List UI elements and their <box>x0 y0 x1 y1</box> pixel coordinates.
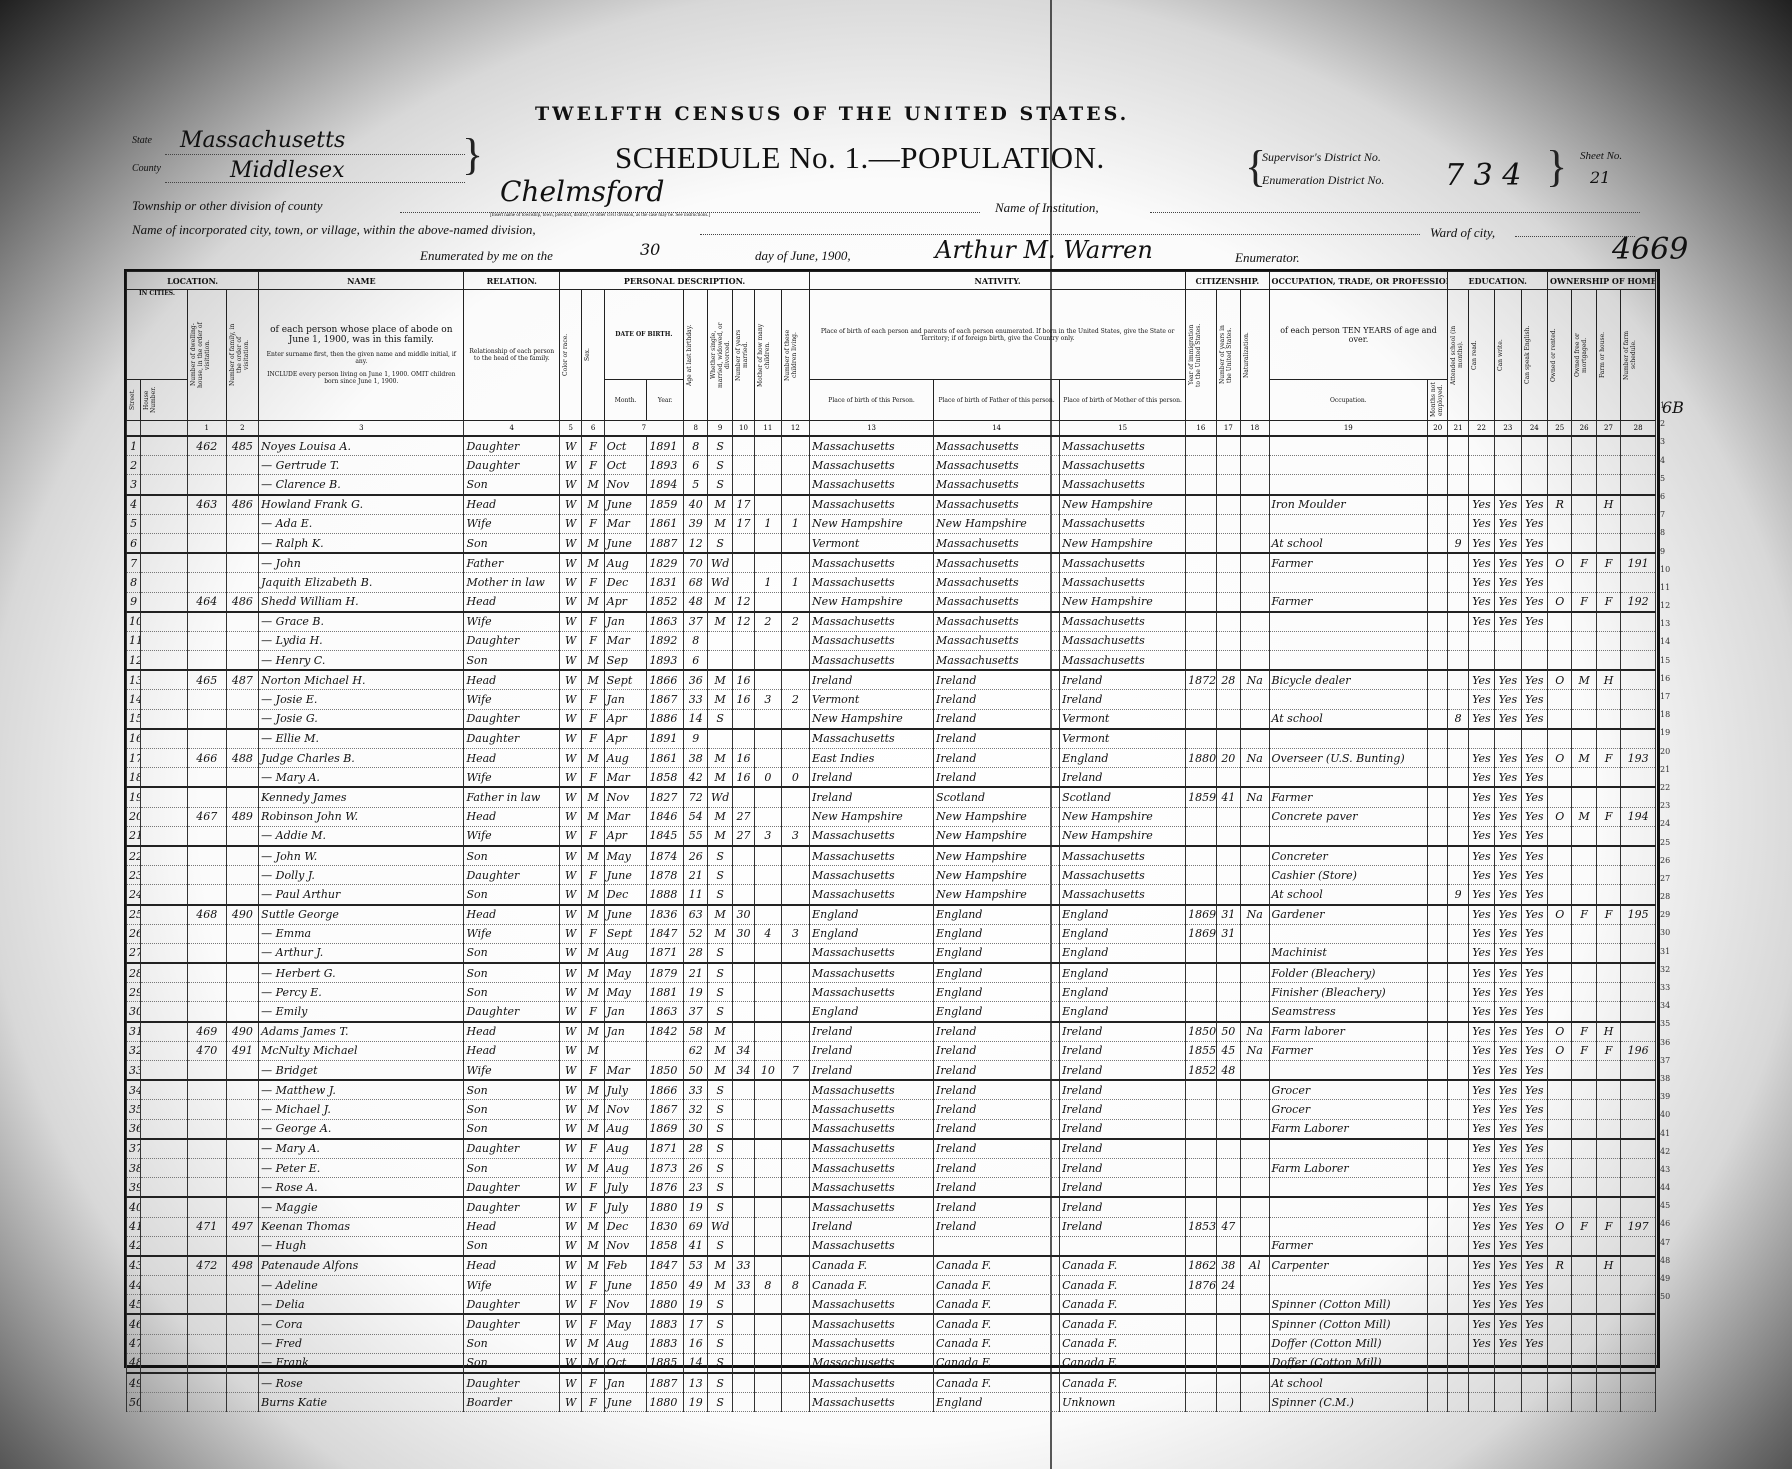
can-read: Yes <box>1468 1295 1494 1315</box>
can-write <box>1495 456 1521 475</box>
can-speak-english: Yes <box>1521 963 1547 983</box>
marital-status: M <box>708 768 732 788</box>
ed-value: 7 3 4 <box>1445 158 1521 193</box>
months-unemployed <box>1428 592 1448 612</box>
relation: Son <box>464 963 560 983</box>
can-read: Yes <box>1468 983 1494 1002</box>
line-number: 1 <box>127 436 141 456</box>
occupation <box>1269 1276 1428 1295</box>
naturalization <box>1241 1334 1269 1353</box>
birthplace-person: Massachusetts <box>810 475 934 495</box>
can-speak-english: Yes <box>1521 1197 1547 1217</box>
can-read: Yes <box>1468 495 1494 515</box>
birthplace-father: Massachusetts <box>934 573 1060 592</box>
farm-house <box>1596 690 1620 709</box>
right-line-number: 45 <box>1660 1197 1670 1215</box>
free-mortgaged: F <box>1572 592 1596 612</box>
line-number: 46 <box>127 1314 141 1334</box>
relation: Wife <box>464 1061 560 1081</box>
birth-year: 1893 <box>647 456 684 475</box>
can-write <box>1495 475 1521 495</box>
children-living <box>781 1393 809 1412</box>
birthplace-mother: Massachusetts <box>1060 885 1186 905</box>
years-married <box>732 709 754 729</box>
can-read <box>1468 631 1494 650</box>
table-row: 9464486Shedd William H.HeadWMApr185248M1… <box>127 592 1656 612</box>
line-numbers-right: 1234567891011121314151617181920212223242… <box>1660 397 1670 1306</box>
dwelling-number <box>187 1139 226 1159</box>
birth-year: 1871 <box>647 1139 684 1159</box>
color: W <box>560 436 582 456</box>
children-living <box>781 749 809 768</box>
person-name: — Addie M. <box>259 826 464 846</box>
birthplace-father: England <box>934 943 1060 963</box>
school-months <box>1448 1100 1468 1119</box>
birth-year: 1883 <box>647 1314 684 1334</box>
institution-label: Name of Institution, <box>995 200 1099 216</box>
color: W <box>560 1080 582 1100</box>
street <box>141 573 188 592</box>
immigration-header: Year of immigration to the United States… <box>1188 322 1202 388</box>
farm-schedule-header: Number of farm schedule. <box>1623 322 1637 388</box>
marital-status: M <box>708 826 732 846</box>
person-name: — Ada E. <box>259 514 464 533</box>
person-name: — Maggie <box>259 1197 464 1217</box>
months-unemployed <box>1428 631 1448 650</box>
children-living <box>781 846 809 866</box>
can-write: Yes <box>1495 709 1521 729</box>
can-write: Yes <box>1495 1061 1521 1081</box>
marital-status: S <box>708 1295 732 1315</box>
birthplace-person: Massachusetts <box>810 436 934 456</box>
birth-year: 1888 <box>647 885 684 905</box>
years-married: 17 <box>732 514 754 533</box>
township-label: Township or other division of county <box>132 198 323 214</box>
children-living <box>781 787 809 807</box>
naturalization <box>1241 592 1269 612</box>
farm-house <box>1596 768 1620 788</box>
age: 50 <box>684 1061 708 1081</box>
immigration-year <box>1186 1080 1216 1100</box>
birthplace-father: Ireland <box>934 1100 1060 1119</box>
right-line-number: 32 <box>1660 961 1670 979</box>
birth-month: June <box>604 905 647 925</box>
birth-month: Nov <box>604 1236 647 1256</box>
county-line <box>165 182 465 183</box>
table-row: 18— Mary A.WifeWFMar185842M1600IrelandIr… <box>127 768 1656 788</box>
can-read: Yes <box>1468 807 1494 826</box>
family-number <box>226 475 259 495</box>
can-speak-english <box>1521 1393 1547 1412</box>
children-living: 0 <box>781 768 809 788</box>
age: 39 <box>684 514 708 533</box>
birthplace-person: Massachusetts <box>810 1119 934 1139</box>
age: 54 <box>684 807 708 826</box>
dwelling-number <box>187 846 226 866</box>
immigration-year <box>1186 1100 1216 1119</box>
children-living: 7 <box>781 1061 809 1081</box>
free-mortgaged: F <box>1572 1041 1596 1060</box>
occupation: Cashier (Store) <box>1269 866 1428 885</box>
can-read: Yes <box>1468 1022 1494 1042</box>
school-months <box>1448 1353 1468 1373</box>
line-number: 10 <box>127 612 141 632</box>
mother-of <box>755 963 781 983</box>
dwelling-number: 468 <box>187 905 226 925</box>
immigration-year <box>1186 983 1216 1002</box>
farm-house <box>1596 533 1620 553</box>
birthplace-person: New Hampshire <box>810 592 934 612</box>
table-row: 30— EmilyDaughterWFJan186337SEnglandEngl… <box>127 1002 1656 1022</box>
can-write <box>1495 1393 1521 1412</box>
farm-house <box>1596 1061 1620 1081</box>
farm-house <box>1596 787 1620 807</box>
birth-year: 1867 <box>647 1100 684 1119</box>
farm-house: F <box>1596 749 1620 768</box>
can-write: Yes <box>1495 826 1521 846</box>
relation: Wife <box>464 924 560 943</box>
birthplace-father: Scotland <box>934 787 1060 807</box>
school-months <box>1448 573 1468 592</box>
years-in-us <box>1216 651 1240 671</box>
table-row: 15— Josie G.DaughterWFApr188614SNew Hamp… <box>127 709 1656 729</box>
birthplace-person: Massachusetts <box>810 983 934 1002</box>
table-row: 42— HughSonWMNov185841SMassachusettsFarm… <box>127 1236 1656 1256</box>
birthplace-mother: England <box>1060 749 1186 768</box>
naturalization <box>1241 1276 1269 1295</box>
years-married <box>732 1139 754 1159</box>
owned-rented <box>1548 983 1572 1002</box>
birthplace-mother: Massachusetts <box>1060 456 1186 475</box>
relation: Boarder <box>464 1393 560 1412</box>
birthplace-father: Canada F. <box>934 1295 1060 1315</box>
dwelling-number <box>187 612 226 632</box>
line-number: 3 <box>127 475 141 495</box>
street <box>141 1373 188 1393</box>
owned-rented <box>1548 475 1572 495</box>
sex: F <box>582 826 604 846</box>
birth-year: 1861 <box>647 514 684 533</box>
birthplace-mother: Canada F. <box>1060 1373 1186 1393</box>
school-months <box>1448 1158 1468 1177</box>
farm-house <box>1596 729 1620 749</box>
owned-rented: R <box>1548 495 1572 515</box>
school-months <box>1448 729 1468 749</box>
name-header: NAME <box>259 272 464 290</box>
family-number <box>226 1373 259 1393</box>
children-living <box>781 983 809 1002</box>
color: W <box>560 1197 582 1217</box>
relation: Wife <box>464 612 560 632</box>
person-name: — George A. <box>259 1119 464 1139</box>
free-mortgaged <box>1572 885 1596 905</box>
sex: M <box>582 553 604 573</box>
table-row: 8Jaquith Elizabeth B.Mother in lawWFDec1… <box>127 573 1656 592</box>
sex: M <box>582 1080 604 1100</box>
line-number: 26 <box>127 924 141 943</box>
children-living <box>781 1353 809 1373</box>
children-living: 1 <box>781 573 809 592</box>
sex: M <box>582 651 604 671</box>
birthplace-person: Massachusetts <box>810 866 934 885</box>
family-number <box>226 456 259 475</box>
birthplace-mother: England <box>1060 983 1186 1002</box>
street <box>141 943 188 963</box>
occupation: Farmer <box>1269 787 1428 807</box>
right-line-number: 11 <box>1660 579 1670 597</box>
years-married <box>732 983 754 1002</box>
marital-status: S <box>708 709 732 729</box>
years-married-header: Number of years married. <box>735 322 749 388</box>
birthplace-mother: Vermont <box>1060 729 1186 749</box>
right-line-number: 16 <box>1660 670 1670 688</box>
occupation: Finisher (Bleachery) <box>1269 983 1428 1002</box>
person-name: — Emily <box>259 1002 464 1022</box>
birth-year: 1878 <box>647 866 684 885</box>
color: W <box>560 631 582 650</box>
mother-of <box>755 475 781 495</box>
farm-house <box>1596 924 1620 943</box>
sex: F <box>582 1295 604 1315</box>
months-unemployed <box>1428 1217 1448 1236</box>
children-living: 2 <box>781 612 809 632</box>
marital-status: M <box>708 670 732 690</box>
person-name: — Rose <box>259 1373 464 1393</box>
can-write: Yes <box>1495 1139 1521 1159</box>
can-write: Yes <box>1495 1197 1521 1217</box>
age: 17 <box>684 1314 708 1334</box>
color: W <box>560 1256 582 1276</box>
occupation: Concreter <box>1269 846 1428 866</box>
table-row: 31469490Adams James T.HeadWMJan184258MIr… <box>127 1022 1656 1042</box>
dob-header: DATE OF BIRTH. <box>604 290 683 380</box>
line-number: 24 <box>127 885 141 905</box>
years-in-us <box>1216 495 1240 515</box>
immigration-year: 1859 <box>1186 787 1216 807</box>
birth-year: 1850 <box>647 1061 684 1081</box>
immigration-year <box>1186 475 1216 495</box>
color: W <box>560 943 582 963</box>
mother-of <box>755 709 781 729</box>
school-months <box>1448 612 1468 632</box>
right-line-number: 17 <box>1660 688 1670 706</box>
birth-month: Dec <box>604 1217 647 1236</box>
color: W <box>560 1295 582 1315</box>
ownership-header: OWNERSHIP OF HOME. <box>1548 272 1656 290</box>
occupation <box>1269 651 1428 671</box>
can-read: Yes <box>1468 866 1494 885</box>
mother-of <box>755 943 781 963</box>
birthplace-father <box>934 1236 1060 1256</box>
can-write: Yes <box>1495 943 1521 963</box>
can-speak-english <box>1521 1353 1547 1373</box>
immigration-year <box>1186 1236 1216 1256</box>
right-line-number: 24 <box>1660 815 1670 833</box>
dwelling-number: 466 <box>187 749 226 768</box>
naturalization <box>1241 924 1269 943</box>
dwelling-number <box>187 1119 226 1139</box>
mother-of <box>755 1295 781 1315</box>
can-speak-english: Yes <box>1521 709 1547 729</box>
street <box>141 651 188 671</box>
age: 26 <box>684 1158 708 1177</box>
free-mortgaged <box>1572 1119 1596 1139</box>
table-row: 23— Dolly J.DaughterWFJune187821SMassach… <box>127 866 1656 885</box>
birthplace-mother: Massachusetts <box>1060 475 1186 495</box>
relation: Daughter <box>464 456 560 475</box>
marital-status: S <box>708 436 732 456</box>
line-number: 8 <box>127 573 141 592</box>
sex-header: Sex. <box>584 322 591 388</box>
birthplace-person: Massachusetts <box>810 846 934 866</box>
birthplace-father: Ireland <box>934 749 1060 768</box>
family-number <box>226 885 259 905</box>
birthplace-mother <box>1060 1236 1186 1256</box>
color: W <box>560 1119 582 1139</box>
birth-year: 1881 <box>647 983 684 1002</box>
years-married <box>732 1314 754 1334</box>
line-number: 44 <box>127 1276 141 1295</box>
birthplace-person: Massachusetts <box>810 1393 934 1412</box>
table-row: 12— Henry C.SonWMSep18936MassachusettsMa… <box>127 651 1656 671</box>
birthplace-father: Massachusetts <box>934 651 1060 671</box>
children-living <box>781 631 809 650</box>
marital-status <box>708 729 732 749</box>
mother-of: 0 <box>755 768 781 788</box>
occupation-col-header: Occupation. <box>1269 380 1428 421</box>
relation: Son <box>464 1080 560 1100</box>
right-line-number: 19 <box>1660 724 1670 742</box>
naturalization <box>1241 553 1269 573</box>
can-speak-english: Yes <box>1521 1119 1547 1139</box>
can-write: Yes <box>1495 553 1521 573</box>
marital-status: M <box>708 495 732 515</box>
farm-house <box>1596 436 1620 456</box>
can-read-header: Can read. <box>1471 322 1478 388</box>
farm-house <box>1596 709 1620 729</box>
relation: Daughter <box>464 866 560 885</box>
birthplace-person: Massachusetts <box>810 631 934 650</box>
mother-of <box>755 787 781 807</box>
can-speak-english: Yes <box>1521 612 1547 632</box>
birthplace-person: Ireland <box>810 787 934 807</box>
years-in-us: 48 <box>1216 1061 1240 1081</box>
age: 33 <box>684 690 708 709</box>
years-married: 34 <box>732 1061 754 1081</box>
marital-status: M <box>708 905 732 925</box>
can-read: Yes <box>1468 514 1494 533</box>
dwelling-number <box>187 1353 226 1373</box>
color: W <box>560 592 582 612</box>
children-living <box>781 651 809 671</box>
immigration-year <box>1186 1197 1216 1217</box>
can-write: Yes <box>1495 1022 1521 1042</box>
occupation <box>1269 1061 1428 1081</box>
can-speak-english: Yes <box>1521 1080 1547 1100</box>
farm-schedule <box>1621 1158 1656 1177</box>
birth-year: 1859 <box>647 495 684 515</box>
birthplace-father: Ireland <box>934 1119 1060 1139</box>
street <box>141 787 188 807</box>
birth-month: Sept <box>604 670 647 690</box>
right-line-number: 30 <box>1660 924 1670 942</box>
school-months <box>1448 1373 1468 1393</box>
person-name: Suttle George <box>259 905 464 925</box>
mother-of <box>755 1041 781 1060</box>
farm-house <box>1596 1314 1620 1334</box>
birthplace-person: Massachusetts <box>810 1353 934 1373</box>
months-unemployed <box>1428 866 1448 885</box>
naturalization <box>1241 495 1269 515</box>
occupation <box>1269 514 1428 533</box>
birthplace-mother: England <box>1060 905 1186 925</box>
naturalization <box>1241 436 1269 456</box>
birth-year: 1880 <box>647 1295 684 1315</box>
birthplace-mother: Massachusetts <box>1060 514 1186 533</box>
naturalization <box>1241 963 1269 983</box>
birth-year: 1829 <box>647 553 684 573</box>
school-months <box>1448 1080 1468 1100</box>
can-read: Yes <box>1468 1276 1494 1295</box>
right-line-number: 18 <box>1660 706 1670 724</box>
birthplace-mother: Unknown <box>1060 1393 1186 1412</box>
age: 70 <box>684 553 708 573</box>
school-months <box>1448 1041 1468 1060</box>
immigration-year <box>1186 456 1216 475</box>
years-married <box>732 573 754 592</box>
farm-house: F <box>1596 807 1620 826</box>
naturalization <box>1241 1139 1269 1159</box>
free-mortgaged <box>1572 787 1596 807</box>
birth-month: Apr <box>604 592 647 612</box>
marital-status: S <box>708 1139 732 1159</box>
farm-schedule <box>1621 1314 1656 1334</box>
age: 14 <box>684 1353 708 1373</box>
years-in-us <box>1216 631 1240 650</box>
enumerator-label: Enumerator. <box>1235 250 1300 266</box>
naturalization <box>1241 651 1269 671</box>
mother-of <box>755 631 781 650</box>
farm-schedule: 195 <box>1621 905 1656 925</box>
can-read <box>1468 729 1494 749</box>
relation: Father in law <box>464 787 560 807</box>
birth-month: Feb <box>604 1256 647 1276</box>
family-number <box>226 943 259 963</box>
age: 32 <box>684 1100 708 1119</box>
birth-year: 1887 <box>647 1373 684 1393</box>
years-in-us: 50 <box>1216 1022 1240 1042</box>
occupation-desc: of each person TEN YEARS of age and over… <box>1269 290 1448 380</box>
farm-schedule <box>1621 885 1656 905</box>
months-unemployed <box>1428 1178 1448 1198</box>
mother-of <box>755 1178 781 1198</box>
occupation: Farm Laborer <box>1269 1119 1428 1139</box>
relation: Son <box>464 651 560 671</box>
marital-status: M <box>708 1276 732 1295</box>
table-row: 50Burns KatieBoarderWFJune188019SMassach… <box>127 1393 1656 1412</box>
years-married: 12 <box>732 592 754 612</box>
dwelling-number <box>187 983 226 1002</box>
color: W <box>560 826 582 846</box>
dwelling-number <box>187 709 226 729</box>
birthplace-mother: New Hampshire <box>1060 592 1186 612</box>
naturalization: Na <box>1241 905 1269 925</box>
marital-status: Wd <box>708 1217 732 1236</box>
mother-of <box>755 905 781 925</box>
months-unemployed <box>1428 709 1448 729</box>
birthplace-person: Massachusetts <box>810 1158 934 1177</box>
mother-of: 10 <box>755 1061 781 1081</box>
